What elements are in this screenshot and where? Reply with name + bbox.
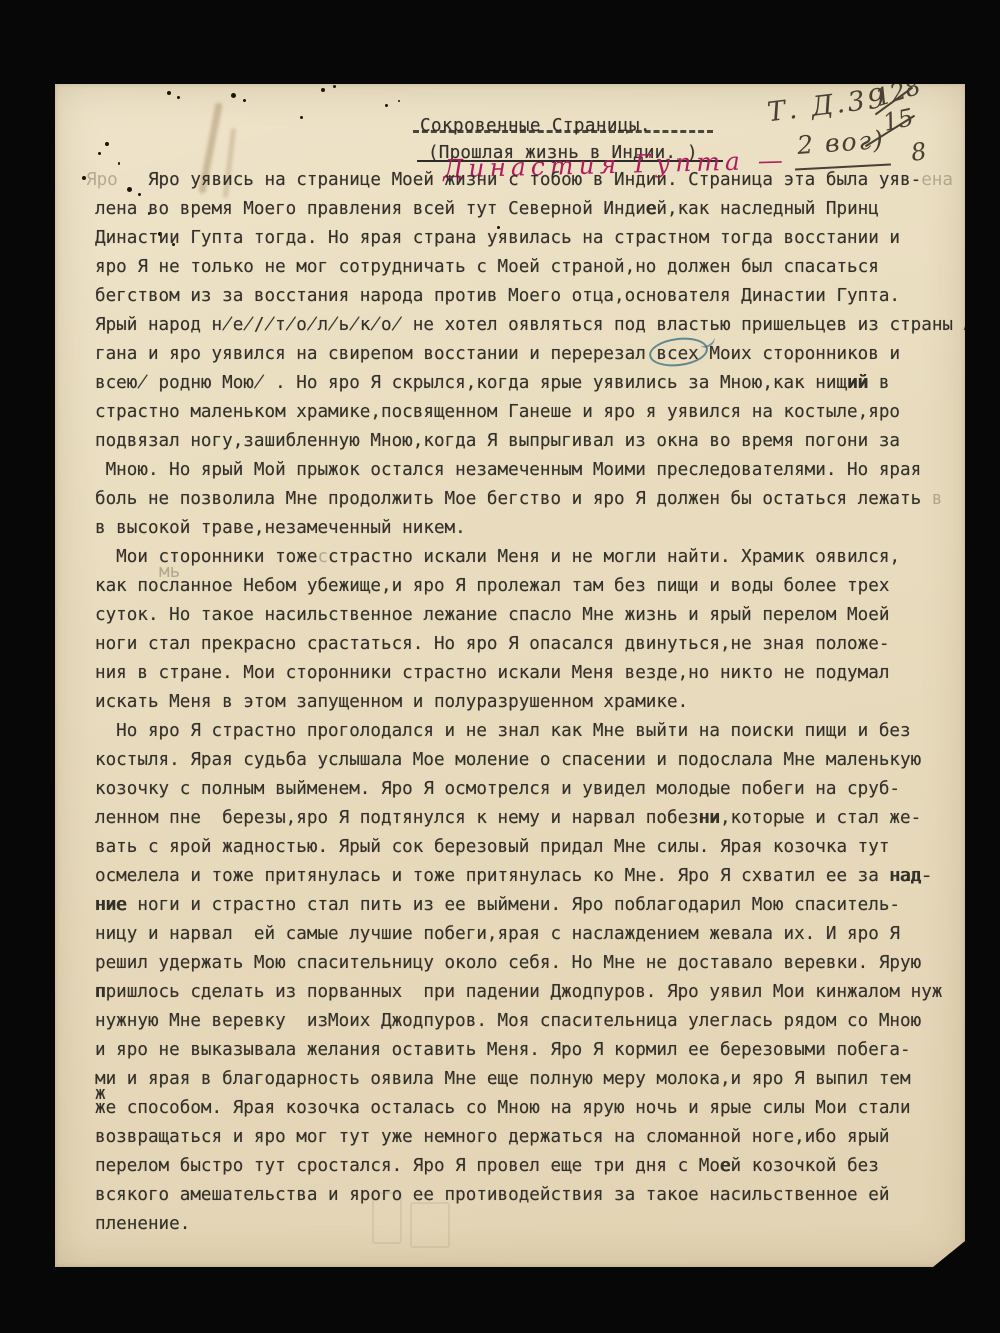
text-segment: ий xyxy=(847,373,868,393)
text-segment: всякого амешательства и ярого ее противо… xyxy=(95,1185,889,1205)
text-segment: ленном пне березы,яро Я подтянулся к нем… xyxy=(95,808,699,828)
text-line: Ярый народ н̸е̸/̸т̸о̸л̸ь̸к̸о̸ не хотел о… xyxy=(95,311,995,340)
text-line: пришлось сделать из порванных при падени… xyxy=(95,978,995,1007)
ink-speck xyxy=(98,152,101,155)
text-segment: ницу и нарвал ей самые лучшие побеги,яра… xyxy=(95,924,900,944)
text-line: Мои сторонники тожесстрастно искали Меня… xyxy=(95,543,995,572)
text-segment: ния в стране. Мои сторонники страстно ис… xyxy=(95,663,889,683)
text-line: лена во время Моего правления всей тут С… xyxy=(95,195,995,224)
text-segment: лена во время Моего правления всей тут С… xyxy=(95,199,646,219)
ink-speck xyxy=(167,91,171,95)
text-segment: ж xyxy=(95,1080,106,1109)
text-segment: перелом быстро тут сростался. Яро Я пров… xyxy=(95,1156,720,1176)
text-line: страстно маленьком храмике,посвященном Г… xyxy=(95,398,995,427)
text-segment: Но яро Я страстно проголодался и не знал… xyxy=(95,721,911,741)
document-page: Сокровенные Страницы. (Прошлая жизнь в И… xyxy=(55,84,965,1267)
text-segment: гана и яро уявился на свирепом восстании… xyxy=(95,344,656,364)
text-segment: в высокой траве,незамеченный никем. xyxy=(95,518,466,538)
text-segment: всею̸ родню Мою̸ . Но яро Я скрылся,когд… xyxy=(95,373,847,393)
text-segment: костыля. Ярая судьба услышала Мое молени… xyxy=(95,750,921,770)
text-line: как посланное Небом убежище,и яро Я прол… xyxy=(95,572,995,601)
text-segment: суток. Но такое насильственное лежание с… xyxy=(95,605,889,625)
text-segment: ,которые и стал же- xyxy=(720,808,921,828)
text-line: нужную Мне веревку изМоих Джодпуров. Моя… xyxy=(95,1007,995,1036)
text-line: всякого амешательства и ярого ее противо… xyxy=(95,1181,995,1210)
text-segment: страстно маленьком храмике,посвященном Г… xyxy=(95,402,900,422)
archive-number-bottom: 8 xyxy=(909,137,928,167)
archive-code-handwritten: Т. Д.39 xyxy=(766,83,890,129)
text-line: яро Я не только не мог сотрудничать с Мо… xyxy=(95,253,995,282)
ink-speck xyxy=(177,96,180,99)
text-line: и яро не выказывала желания оставить Мен… xyxy=(95,1036,995,1065)
text-line: ния в стране. Мои сторонники страстно ис… xyxy=(95,659,995,688)
ink-speck xyxy=(333,85,336,88)
text-line: ленном пне березы,яро Я подтянулся к нем… xyxy=(95,804,995,833)
text-segment: возвращаться и яро мог тут уже немного д… xyxy=(95,1127,889,1147)
text-segment: в xyxy=(868,373,889,393)
text-line: суток. Но такое насильственное лежание с… xyxy=(95,601,995,630)
ink-speck xyxy=(105,142,109,146)
text-segment: пленение. xyxy=(95,1214,190,1234)
text-segment: в xyxy=(921,489,942,509)
text-line: вать с ярой жадностью. Ярый сок березовы… xyxy=(95,833,995,862)
text-segment: решил удержать Мою спасительницу около с… xyxy=(95,953,921,973)
text-segment: страстно искали Меня и не могли найти. Х… xyxy=(328,547,900,567)
text-line: бегством из за восстания народа против М… xyxy=(95,282,995,311)
text-line: всею̸ родню Мою̸ . Но яро Я скрылся,когд… xyxy=(95,369,995,398)
text-segment: Моих сторонников и xyxy=(699,344,900,364)
text-line: боль не позволила Мне продолжить Мое бег… xyxy=(95,485,995,514)
text-segment: боль не позволила Мне продолжить Мое бег… xyxy=(95,489,921,509)
ink-speck xyxy=(321,88,325,92)
text-segment: как посланное Небом убежище,и яро Я прол… xyxy=(95,576,889,596)
text-segment: Мои сторонники тоже xyxy=(95,547,317,567)
text-segment: е xyxy=(646,199,657,219)
page-title: Сокровенные Страницы. xyxy=(420,112,651,141)
ink-speck xyxy=(385,104,388,107)
text-line: Яро уявись на странице Моей жизни с тобо… xyxy=(95,166,995,195)
text-line: искать Меня в этом запущенном и полуразр… xyxy=(95,688,995,717)
text-segment: Династии Гупта тогда. Но ярая страна уяв… xyxy=(95,228,900,248)
text-line: гана и яро уявился на свирепом восстании… xyxy=(95,340,995,369)
text-line: возвращаться и яро мог тут уже немного д… xyxy=(95,1123,995,1152)
text-segment: п xyxy=(95,982,106,1002)
text-segment: нужную Мне веревку изМоих Джодпуров. Моя… xyxy=(95,1011,921,1031)
text-segment: ноги стал прекрасно срастаться. Но яро Я… xyxy=(95,634,889,654)
ink-speck xyxy=(243,99,246,102)
text-line: ницу и нарвал ей самые лучшие побеги,яра… xyxy=(95,920,995,949)
text-line: жже способом. Ярая козочка осталась со М… xyxy=(95,1094,995,1123)
text-segment: над- xyxy=(889,866,931,886)
text-segment: вать с ярой жадностью. Ярый сок березовы… xyxy=(95,837,889,857)
text-segment: ноги и страстно стал пить из ее выймени.… xyxy=(127,895,900,915)
text-segment: козочку с полным выйменем. Яро Я осмотре… xyxy=(95,779,900,799)
text-line: козочку с полным выйменем. Яро Я осмотре… xyxy=(95,775,995,804)
text-segment: подвязал ногу,зашибленную Мною,когда Я в… xyxy=(95,431,900,451)
text-segment: Яро уявись на странице Моей жизни с тобо… xyxy=(95,170,921,190)
text-line: ми и ярая в благодарность оявила Мне еще… xyxy=(95,1065,995,1094)
text-line: ние ноги и страстно стал пить из ее выйм… xyxy=(95,891,995,920)
text-segment: всех xyxy=(656,344,698,364)
ink-speck xyxy=(231,93,236,98)
text-segment: ние xyxy=(95,895,127,915)
text-line: подвязал ногу,зашибленную Мною,когда Я в… xyxy=(95,427,995,456)
ink-speck xyxy=(118,162,120,165)
text-line: Но яро Я страстно проголодался и не знал… xyxy=(95,717,995,746)
text-line: Династии Гупта тогда. Но ярая страна уяв… xyxy=(95,224,995,253)
text-line: решил удержать Мою спасительницу около с… xyxy=(95,949,995,978)
text-line: в высокой траве,незамеченный никем. xyxy=(95,514,995,543)
text-segment: и яро не выказывала желания оставить Мен… xyxy=(95,1040,911,1060)
ink-speck xyxy=(398,100,400,102)
text-line: Мною. Но ярый Мой прыжок остался незамеч… xyxy=(95,456,995,485)
dashed-underline xyxy=(413,130,713,133)
text-line: перелом быстро тут сростался. Яро Я пров… xyxy=(95,1152,995,1181)
text-segment: н̸е̸/̸т̸о̸л̸ь̸к̸о̸ xyxy=(212,315,403,335)
text-segment: Мною. Но ярый Мой прыжок остался незамеч… xyxy=(95,460,921,480)
text-segment: с xyxy=(317,547,328,567)
scanned-document-photo: { "document": { "title_line1": "Сокровен… xyxy=(0,0,1000,1333)
text-line: осмелела и тоже притянулась и тоже притя… xyxy=(95,862,995,891)
text-segment: не хотел оявляться под властью пришельце… xyxy=(402,315,995,335)
text-segment: Ярый народ xyxy=(95,315,212,335)
text-segment: е xyxy=(720,1156,731,1176)
typewritten-text: Яро уявись на странице Моей жизни с тобо… xyxy=(95,166,995,1239)
text-segment: же способом. Ярая козочка осталась со Мн… xyxy=(95,1098,911,1118)
text-segment: ни xyxy=(699,808,720,828)
text-segment: ми и ярая в благодарность оявила Мне еще… xyxy=(95,1069,911,1089)
text-line: ноги стал прекрасно срастаться. Но яро Я… xyxy=(95,630,995,659)
text-segment: й,как наследный Принц xyxy=(656,199,878,219)
text-segment: искать Меня в этом запущенном и полуразр… xyxy=(95,692,688,712)
text-line: пленение. xyxy=(95,1210,995,1239)
text-segment: й козочкой без xyxy=(731,1156,879,1176)
text-segment: ришлось сделать из порванных при падении… xyxy=(106,982,943,1002)
text-segment: осмелела и тоже притянулась и тоже притя… xyxy=(95,866,889,886)
text-segment: ена xyxy=(921,170,953,190)
text-segment: бегством из за восстания народа против М… xyxy=(95,286,900,306)
text-segment: яро Я не только не мог сотрудничать с Мо… xyxy=(95,257,879,277)
text-line: костыля. Ярая судьба услышала Мое молени… xyxy=(95,746,995,775)
ink-speck xyxy=(300,116,303,119)
